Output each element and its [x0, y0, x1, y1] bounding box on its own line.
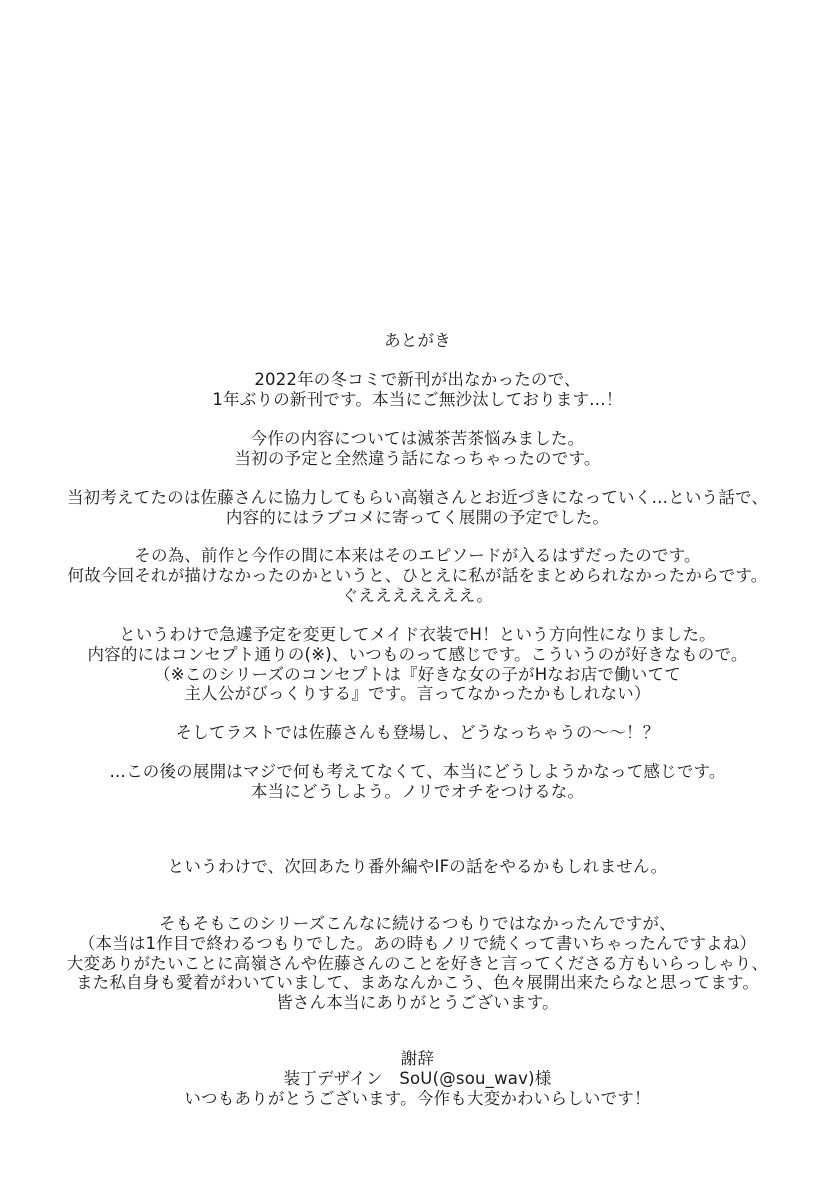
paragraph-content: 今作の内容については滅茶苦茶悩みました。 当初の予定と全然違う話になっちゃったの… — [0, 429, 835, 469]
paragraph-last-scene: そしてラストでは佐藤さんも登場し、どうなっちゃうの～～！？ — [0, 723, 835, 743]
text-line: というわけで急遽予定を変更してメイド衣装でH！という方向性になりました。 — [0, 625, 835, 645]
text-line: （※このシリーズのコンセプトは『好きな女の子がHなお店で働いてて — [0, 665, 835, 685]
paragraph-missing-episode: その為、前作と今作の間に本来はそのエピソードが入るはずだったのです。 何故今回そ… — [0, 546, 835, 605]
afterword-page: あとがき 2022年の冬コミで新刊が出なかったので、 1年ぶりの新刊です。本当に… — [0, 0, 835, 1179]
text-line: その為、前作と今作の間に本来はそのエピソードが入るはずだったのです。 — [0, 546, 835, 566]
text-line: 当初の予定と全然違う話になっちゃったのです。 — [0, 449, 835, 469]
acknowledgements: 謝辞 装丁デザイン SoU(@sou_wav)様 いつもありがとうございます。今… — [0, 1049, 835, 1108]
text-line: また私自身も愛着がわいていまして、まあなんかこう、色々展開出来たらなと思ってます… — [0, 973, 835, 993]
text-line: そしてラストでは佐藤さんも登場し、どうなっちゃうの～～！？ — [0, 723, 835, 743]
text-line: 1年ぶりの新刊です。本当にご無沙汰しております…！ — [0, 390, 835, 410]
paragraph-change-of-plan: というわけで急遽予定を変更してメイド衣装でH！という方向性になりました。 内容的… — [0, 625, 835, 704]
text-line: 本当にどうしよう。ノリでオチをつけるな。 — [0, 782, 835, 802]
acknowledgements-heading: 謝辞 — [0, 1049, 835, 1069]
afterword-title: あとがき — [0, 331, 835, 351]
designer-credit: 装丁デザイン SoU(@sou_wav)様 — [0, 1069, 835, 1089]
text-line: というわけで、次回あたり番外編やIFの話をやるかもしれません。 — [0, 857, 835, 877]
text-line: 何故今回それが描けなかったのかというと、ひとえに私が話をまとめられなかったからで… — [0, 566, 835, 586]
text-line: 今作の内容については滅茶苦茶悩みました。 — [0, 429, 835, 449]
paragraph-thanks-readers: そもそもこのシリーズこんなに続けるつもりではなかったんですが、 （本当は1作目で… — [0, 914, 835, 1013]
text-line: （本当は1作目で終わるつもりでした。あの時もノリで続くって書いちゃったんですよね… — [0, 934, 835, 954]
paragraph-future: …この後の展開はマジで何も考えてなくて、本当にどうしようかなって感じです。 本当… — [0, 762, 835, 802]
paragraph-original-plan: 当初考えてたのは佐藤さんに協力してもらい高嶺さんとお近づきになっていく…という話… — [0, 488, 835, 528]
text-line: 2022年の冬コミで新刊が出なかったので、 — [0, 370, 835, 390]
text-line: ぐえええええええ。 — [0, 586, 835, 606]
text-line: 大変ありがたいことに高嶺さんや佐藤さんのことを好きと言ってくださる方もいらっしゃ… — [0, 954, 835, 974]
paragraph-next-time: というわけで、次回あたり番外編やIFの話をやるかもしれません。 — [0, 857, 835, 877]
afterword-title-block: あとがき — [0, 331, 835, 351]
text-line: いつもありがとうございます。今作も大変かわいらしいです！ — [0, 1089, 835, 1109]
text-line: 皆さん本当にありがとうございます。 — [0, 993, 835, 1013]
text-line: 内容的にはラブコメに寄ってく展開の予定でした。 — [0, 508, 835, 528]
text-line: …この後の展開はマジで何も考えてなくて、本当にどうしようかなって感じです。 — [0, 762, 835, 782]
paragraph-intro: 2022年の冬コミで新刊が出なかったので、 1年ぶりの新刊です。本当にご無沙汰し… — [0, 370, 835, 410]
text-line: 主人公がびっくりする』です。言ってなかったかもしれない） — [0, 684, 835, 704]
text-line: 内容的にはコンセプト通りの(※)、いつものって感じです。こういうのが好きなもので… — [0, 645, 835, 665]
text-line: 当初考えてたのは佐藤さんに協力してもらい高嶺さんとお近づきになっていく…という話… — [0, 488, 835, 508]
text-line: そもそもこのシリーズこんなに続けるつもりではなかったんですが、 — [0, 914, 835, 934]
